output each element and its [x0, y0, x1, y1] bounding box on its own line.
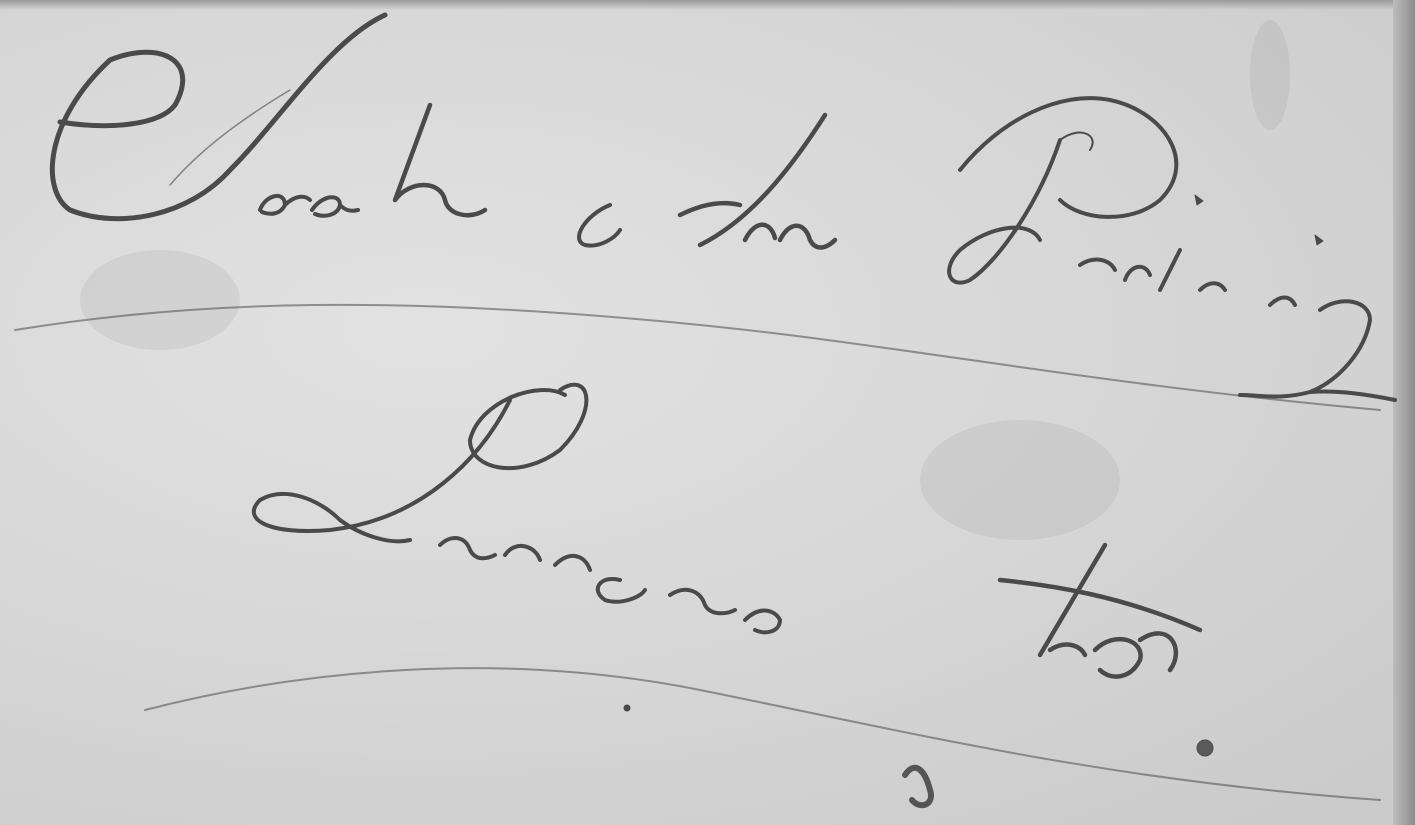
inscription-name: Sarah Ann Riding	[60, 90, 1404, 264]
inscription-place: Lancaster	[250, 370, 1007, 544]
document-page: Sarah Ann Riding Lancaster	[0, 0, 1415, 825]
